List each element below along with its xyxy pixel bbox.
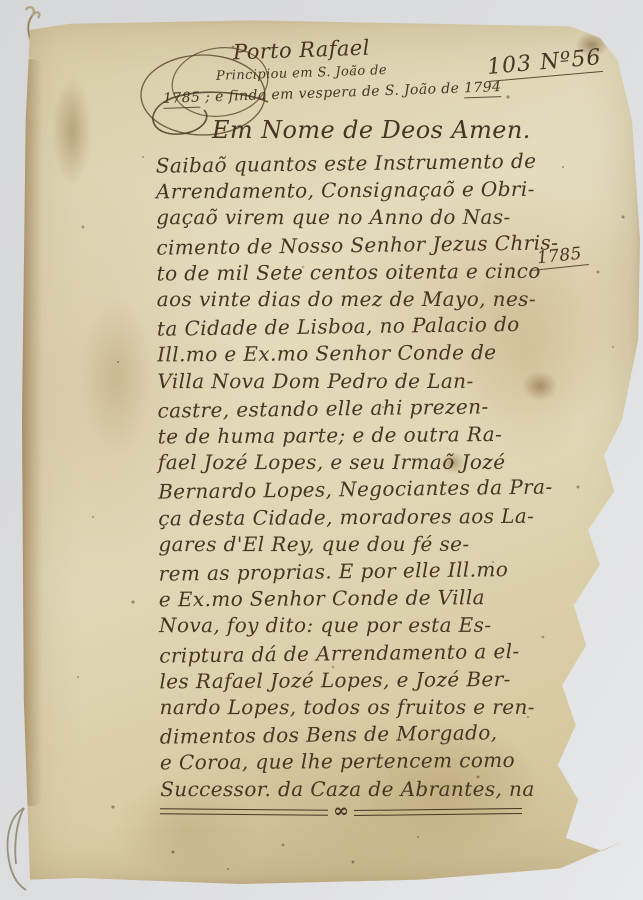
text-line: fael Jozé Lopes, e seu Irmaõ Jozé [158,449,566,477]
text-line: gaçaõ virem que no Anno do Nas- [156,204,564,232]
text-line: cimento de Nosso Senhor Jezus Chris- [156,229,564,262]
photo-background: { "photo": { "background_color": "#dcddd… [0,0,643,900]
text-line: aos vinte dias do mez de Mayo, nes- [157,286,565,314]
section-divider: ∞ [160,802,522,821]
text-line: ça desta Cidade, moradores aos La- [158,502,566,532]
opening-invocation-line: Em Nome de Deos Amen. [212,116,531,144]
text-line: Successor. da Caza de Abrantes, na [160,775,568,803]
text-line: te de huma parte; e de outra Ra- [158,421,566,451]
text-line: e Coroa, que lhe pertencem como [160,747,568,777]
text-line: Villa Nova Dom Pedro de Lan- [157,367,565,395]
divider-rule [354,807,522,815]
text-line: Saibaõ quantos este Instrumento de [156,147,564,180]
text-line: criptura dá de Arrendamento a el- [159,637,567,670]
start-year: 1785 [163,90,201,109]
end-year: 1794 [464,79,502,98]
text-line: to de mil Sete centos oitenta e cinco [156,257,564,287]
text-line: e Ex.mo Senhor Conde de Villa [159,584,567,614]
text-line: Nova, foy dito: que por esta Es- [159,612,567,640]
text-line: Arrendamento, Consignaçaõ e Obri- [156,176,564,206]
binding-wire-icon [0,806,30,896]
document-body-text: Saibaõ quantos este Instrumento deArrend… [156,149,569,805]
divider-rule [160,808,328,815]
text-line: les Rafael Jozé Lopes, e Jozé Ber- [159,665,567,695]
text-line: nardo Lopes, todos os fruitos e ren- [160,694,568,722]
owner-annotation: Porto Rafael [233,36,371,65]
text-line: Bernardo Lopes, Negociantes da Pra- [158,474,566,507]
text-line: rem as proprias. E por elle Ill.mo [159,555,567,588]
text-line: Ill.mo e Ex.mo Senhor Conde de [157,339,565,369]
text-line: ta Cidade de Lisboa, no Palacio do [157,311,565,344]
text-line: dimentos dos Bens de Morgado, [160,719,568,752]
text-line: gares d'El Rey, que dou fé se- [158,531,566,559]
infinity-mark: ∞ [333,802,349,821]
text-line: castre, estando elle ahi prezen- [157,392,565,425]
foxing-speckles [22,16,24,18]
